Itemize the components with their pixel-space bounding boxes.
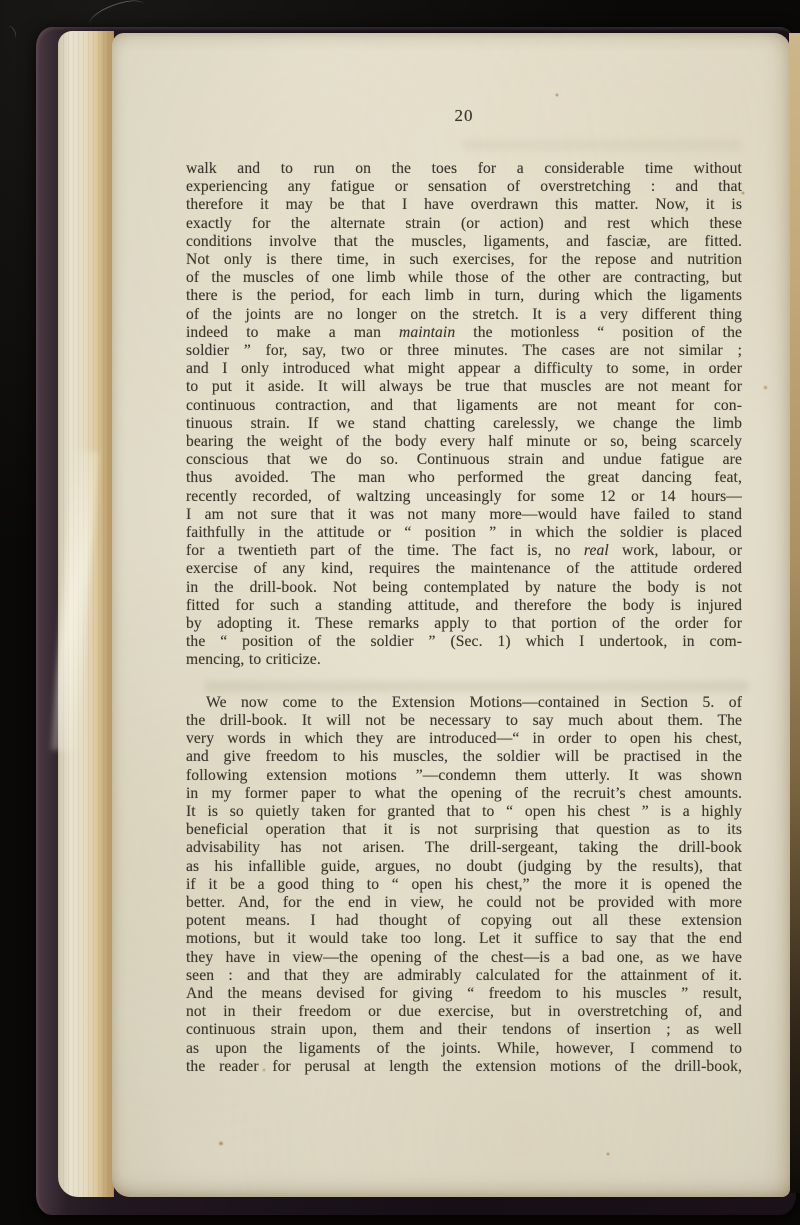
text-line: conscious that we do so. Continuous stra… <box>186 451 742 469</box>
page-number: 20 <box>186 106 742 126</box>
text-line: for a twentieth part of the time. The fa… <box>186 542 742 560</box>
text-layer: 20 walk and to run on the toes for a con… <box>186 106 742 1076</box>
text-line: mencing, to criticize. <box>186 651 742 669</box>
text-line: continuous contraction, and that ligamen… <box>186 397 742 415</box>
text-line: in the drill-book. Not being contemplate… <box>186 579 742 597</box>
text-line: bearing the weight of the body every hal… <box>186 433 742 451</box>
text-line: exercise of any kind, requires the maint… <box>186 560 742 578</box>
book-page: 20 walk and to run on the toes for a con… <box>112 33 790 1197</box>
text-line: the reader for perusal at length the ext… <box>186 1058 742 1076</box>
text-line: the “ position of the soldier ” (Sec. 1)… <box>186 633 742 651</box>
text-line: fitted for such a standing attitude, and… <box>186 597 742 615</box>
text-line: following extension motions ”—condemn th… <box>186 767 742 785</box>
text-line: not in their freedom or due exercise, bu… <box>186 1003 742 1021</box>
text-line: Not only is there time, in such exercise… <box>186 251 742 269</box>
text-line: in my former paper to what the opening o… <box>186 785 742 803</box>
foxing-speck <box>218 1141 224 1146</box>
text-line: beneficial operation that it is not surp… <box>186 821 742 839</box>
text-line: And the means devised for giving “ freed… <box>186 985 742 1003</box>
text-line: to put it aside. It will always be true … <box>186 378 742 396</box>
text-line: very words in which they are introduced—… <box>186 730 742 748</box>
text-line: of the muscles of one limb while those o… <box>186 269 742 287</box>
text-line: continuous strain upon, them and their t… <box>186 1021 742 1039</box>
text-line: better. And, for the end in view, he cou… <box>186 894 742 912</box>
text-line: and give freedom to his muscles, the sol… <box>186 748 742 766</box>
text-line: walk and to run on the toes for a consid… <box>186 160 742 178</box>
text-line: as upon the ligaments of the joints. Whi… <box>186 1040 742 1058</box>
text-line: We now come to the Extension Motions—con… <box>186 694 742 712</box>
paragraph: walk and to run on the toes for a consid… <box>186 160 742 670</box>
text-line: the drill-book. It will not be necessary… <box>186 712 742 730</box>
text-line: experiencing any fatigue or sensation of… <box>186 178 742 196</box>
text-line: exactly for the alternate strain (or act… <box>186 215 742 233</box>
dust-scratch <box>4 24 19 41</box>
text-line: motions, but it would take too long. Let… <box>186 930 742 948</box>
foxing-speck <box>555 93 559 97</box>
text-line: thus avoided. The man who performed the … <box>186 469 742 487</box>
text-line: conditions involve that the muscles, lig… <box>186 233 742 251</box>
page-text: walk and to run on the toes for a consid… <box>186 160 742 1076</box>
text-line: seen : and that they are admirably calcu… <box>186 967 742 985</box>
text-line: soldier ” for, say, two or three minutes… <box>186 342 742 360</box>
text-line: by adopting it. These remarks apply to t… <box>186 615 742 633</box>
gutter-shadow <box>789 33 800 1193</box>
book-photo: 20 walk and to run on the toes for a con… <box>0 0 800 1225</box>
text-line: of the joints are no longer on the stret… <box>186 306 742 324</box>
text-line: as his infallible guide, argues, no doub… <box>186 858 742 876</box>
foxing-speck <box>606 1152 610 1156</box>
text-line: therefore it may be that I have overdraw… <box>186 196 742 214</box>
text-line: It is so quietly taken for granted that … <box>186 803 742 821</box>
paragraph: We now come to the Extension Motions—con… <box>186 694 742 1076</box>
text-line: recently recorded, of waltzing unceasing… <box>186 488 742 506</box>
page-edges <box>58 31 114 1197</box>
text-line: tinuous strain. If we stand chatting car… <box>186 415 742 433</box>
text-line: there is the period, for each limb in tu… <box>186 287 742 305</box>
text-line: indeed to make a man maintain the motion… <box>186 324 742 342</box>
text-line: and I only introduced what might appear … <box>186 360 742 378</box>
foxing-speck <box>763 385 768 390</box>
text-line: I am not sure that it was not many more—… <box>186 506 742 524</box>
text-line: potent means. I had thought of copying o… <box>186 912 742 930</box>
text-line: advisability has not arisen. The drill-s… <box>186 839 742 857</box>
text-line: if it be a good thing to “ open his ches… <box>186 876 742 894</box>
text-line: they have in view—the opening of the che… <box>186 949 742 967</box>
text-line: faithfully in the attitude or “ position… <box>186 524 742 542</box>
